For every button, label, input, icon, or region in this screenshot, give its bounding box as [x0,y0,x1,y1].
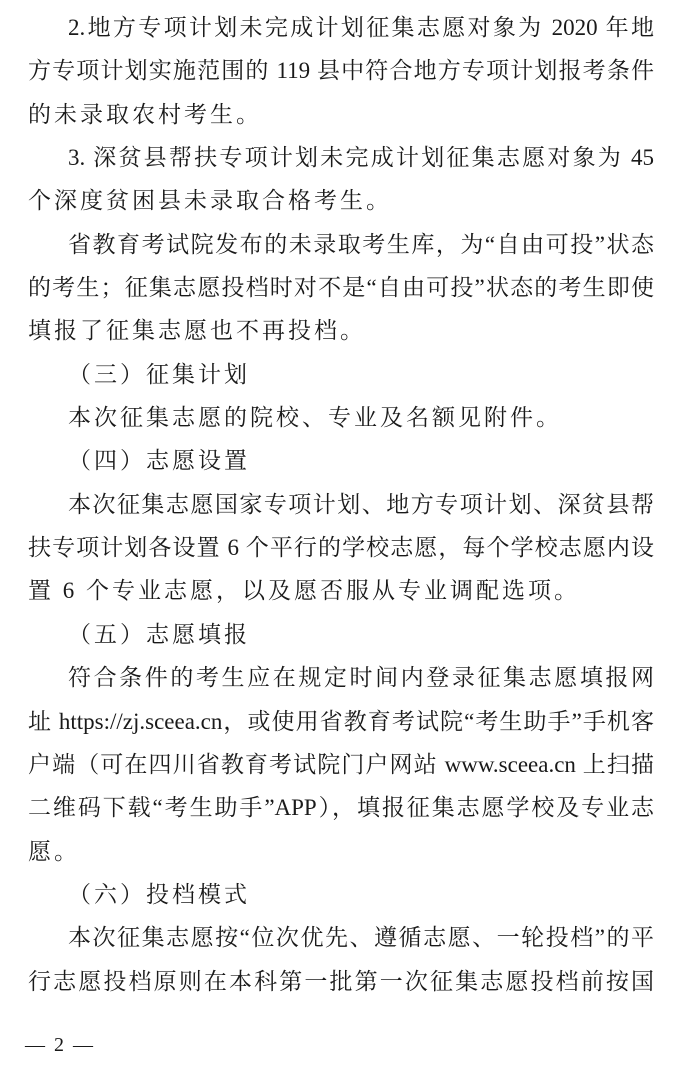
body-line: 置 6 个专业志愿，以及愿否服从专业调配选项。 [28,569,654,612]
document-body: 2.地方专项计划未完成计划征集志愿对象为 2020 年地 方专项计划实施范围的 … [28,6,654,1003]
body-line: 的未录取农村考生。 [28,93,654,136]
body-line: 二维码下载“考生助手”APP），填报征集志愿学校及专业志 [28,786,654,829]
body-line: 本次征集志愿的院校、专业及名额见附件。 [28,396,654,439]
body-line: 符合条件的考生应在规定时间内登录征集志愿填报网 [28,656,654,699]
body-line: 本次征集志愿国家专项计划、地方专项计划、深贫县帮 [28,483,654,526]
section-heading: （三）征集计划 [28,353,654,396]
body-line: 愿。 [28,830,654,873]
body-line: 户端（可在四川省教育考试院门户网站 www.sceea.cn 上扫描 [28,743,654,786]
section-heading: （四）志愿设置 [28,439,654,482]
body-line: 3. 深贫县帮扶专项计划未完成计划征集志愿对象为 45 [28,136,654,179]
body-line: 行志愿投档原则在本科第一批第一次征集志愿投档前按国 [28,960,654,1003]
body-line: 2.地方专项计划未完成计划征集志愿对象为 2020 年地 [28,6,654,49]
section-heading: （六）投档模式 [28,873,654,916]
body-line: 个深度贫困县未录取合格考生。 [28,179,654,222]
document-page: 2.地方专项计划未完成计划征集志愿对象为 2020 年地 方专项计划实施范围的 … [0,0,680,1065]
page-number: — 2 — [25,1034,95,1057]
section-heading: （五）志愿填报 [28,613,654,656]
body-line: 址 https://zj.sceea.cn，或使用省教育考试院“考生助手”手机客 [28,700,654,743]
body-line: 扶专项计划各设置 6 个平行的学校志愿，每个学校志愿内设 [28,526,654,569]
body-line: 方专项计划实施范围的 119 县中符合地方专项计划报考条件 [28,49,654,92]
body-line: 的考生；征集志愿投档时对不是“自由可投”状态的考生即使 [28,266,654,309]
body-line: 填报了征集志愿也不再投档。 [28,309,654,352]
body-line: 省教育考试院发布的未录取考生库，为“自由可投”状态 [28,223,654,266]
body-line: 本次征集志愿按“位次优先、遵循志愿、一轮投档”的平 [28,916,654,959]
